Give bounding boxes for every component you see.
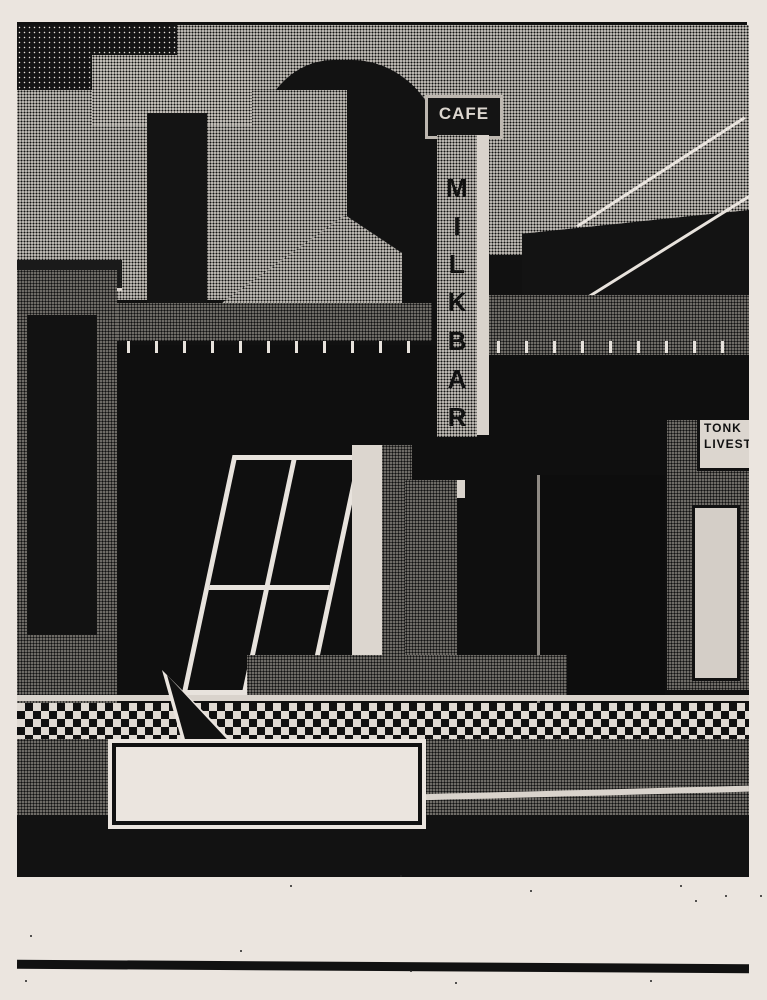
paper-speck [725, 895, 727, 897]
caption-box [112, 743, 422, 825]
window-transom [209, 585, 330, 590]
shop-window-display [405, 480, 457, 655]
fringe-drop [239, 341, 242, 353]
livestock-sign-line2: LIVEST [700, 436, 749, 452]
bottom-rule [17, 960, 749, 973]
fringe-drop [609, 341, 612, 353]
paper-speck [650, 980, 652, 982]
sign-letter: A [448, 366, 467, 392]
fringe-drop [183, 341, 186, 353]
livestock-sign: TONK LIVEST [697, 420, 749, 471]
paper-speck [760, 895, 762, 897]
right-building-door [692, 505, 740, 681]
left-shop-window [27, 315, 97, 635]
fringe-drop [497, 341, 500, 353]
paper-speck [240, 950, 242, 952]
verandah-fascia-left [112, 303, 432, 341]
sign-letter: B [448, 328, 467, 354]
fringe-drop [127, 341, 130, 353]
cafe-sign-cap: CAFE [425, 95, 503, 139]
fringe-drop [693, 341, 696, 353]
fringe-drop [525, 341, 528, 353]
fringe-drop [581, 341, 584, 353]
paper-speck [25, 980, 27, 982]
fringe-drop [407, 341, 410, 353]
paper-speck [410, 970, 412, 972]
sign-edge [477, 135, 489, 435]
paper-speck [30, 935, 32, 937]
fringe-drop [155, 341, 158, 353]
fringe-drop [295, 341, 298, 353]
fringe-drop [267, 341, 270, 353]
paper-speck [455, 982, 457, 984]
paper-speck [290, 885, 292, 887]
checkered-kerb [17, 703, 749, 739]
fringe-drop [323, 341, 326, 353]
paper-speck [695, 900, 697, 902]
paper-speck [680, 885, 682, 887]
fringe-drop [721, 341, 724, 353]
sign-letter: R [448, 404, 467, 430]
cafe-sign-text: CAFE [428, 98, 500, 130]
fringe-drop [379, 341, 382, 353]
storm-debris [247, 655, 567, 700]
paper-speck [400, 875, 402, 877]
fringe-drop [351, 341, 354, 353]
sign-letter: M [446, 175, 468, 201]
fringe-drop [637, 341, 640, 353]
paper-speck [530, 890, 532, 892]
facade-broken-window [147, 113, 207, 303]
livestock-sign-line1: TONK [700, 420, 749, 436]
sign-letter: K [448, 289, 467, 315]
fringe-drop [665, 341, 668, 353]
news-photo: CAFE M I L K B A R TONK LIVEST [17, 25, 749, 877]
milk-bar-sign-text: M I L K B A R [437, 175, 477, 430]
sign-letter: I [453, 213, 460, 239]
sign-letter: L [449, 251, 465, 277]
fringe-drop [553, 341, 556, 353]
kerb-rail [17, 695, 749, 701]
fringe-drop [211, 341, 214, 353]
